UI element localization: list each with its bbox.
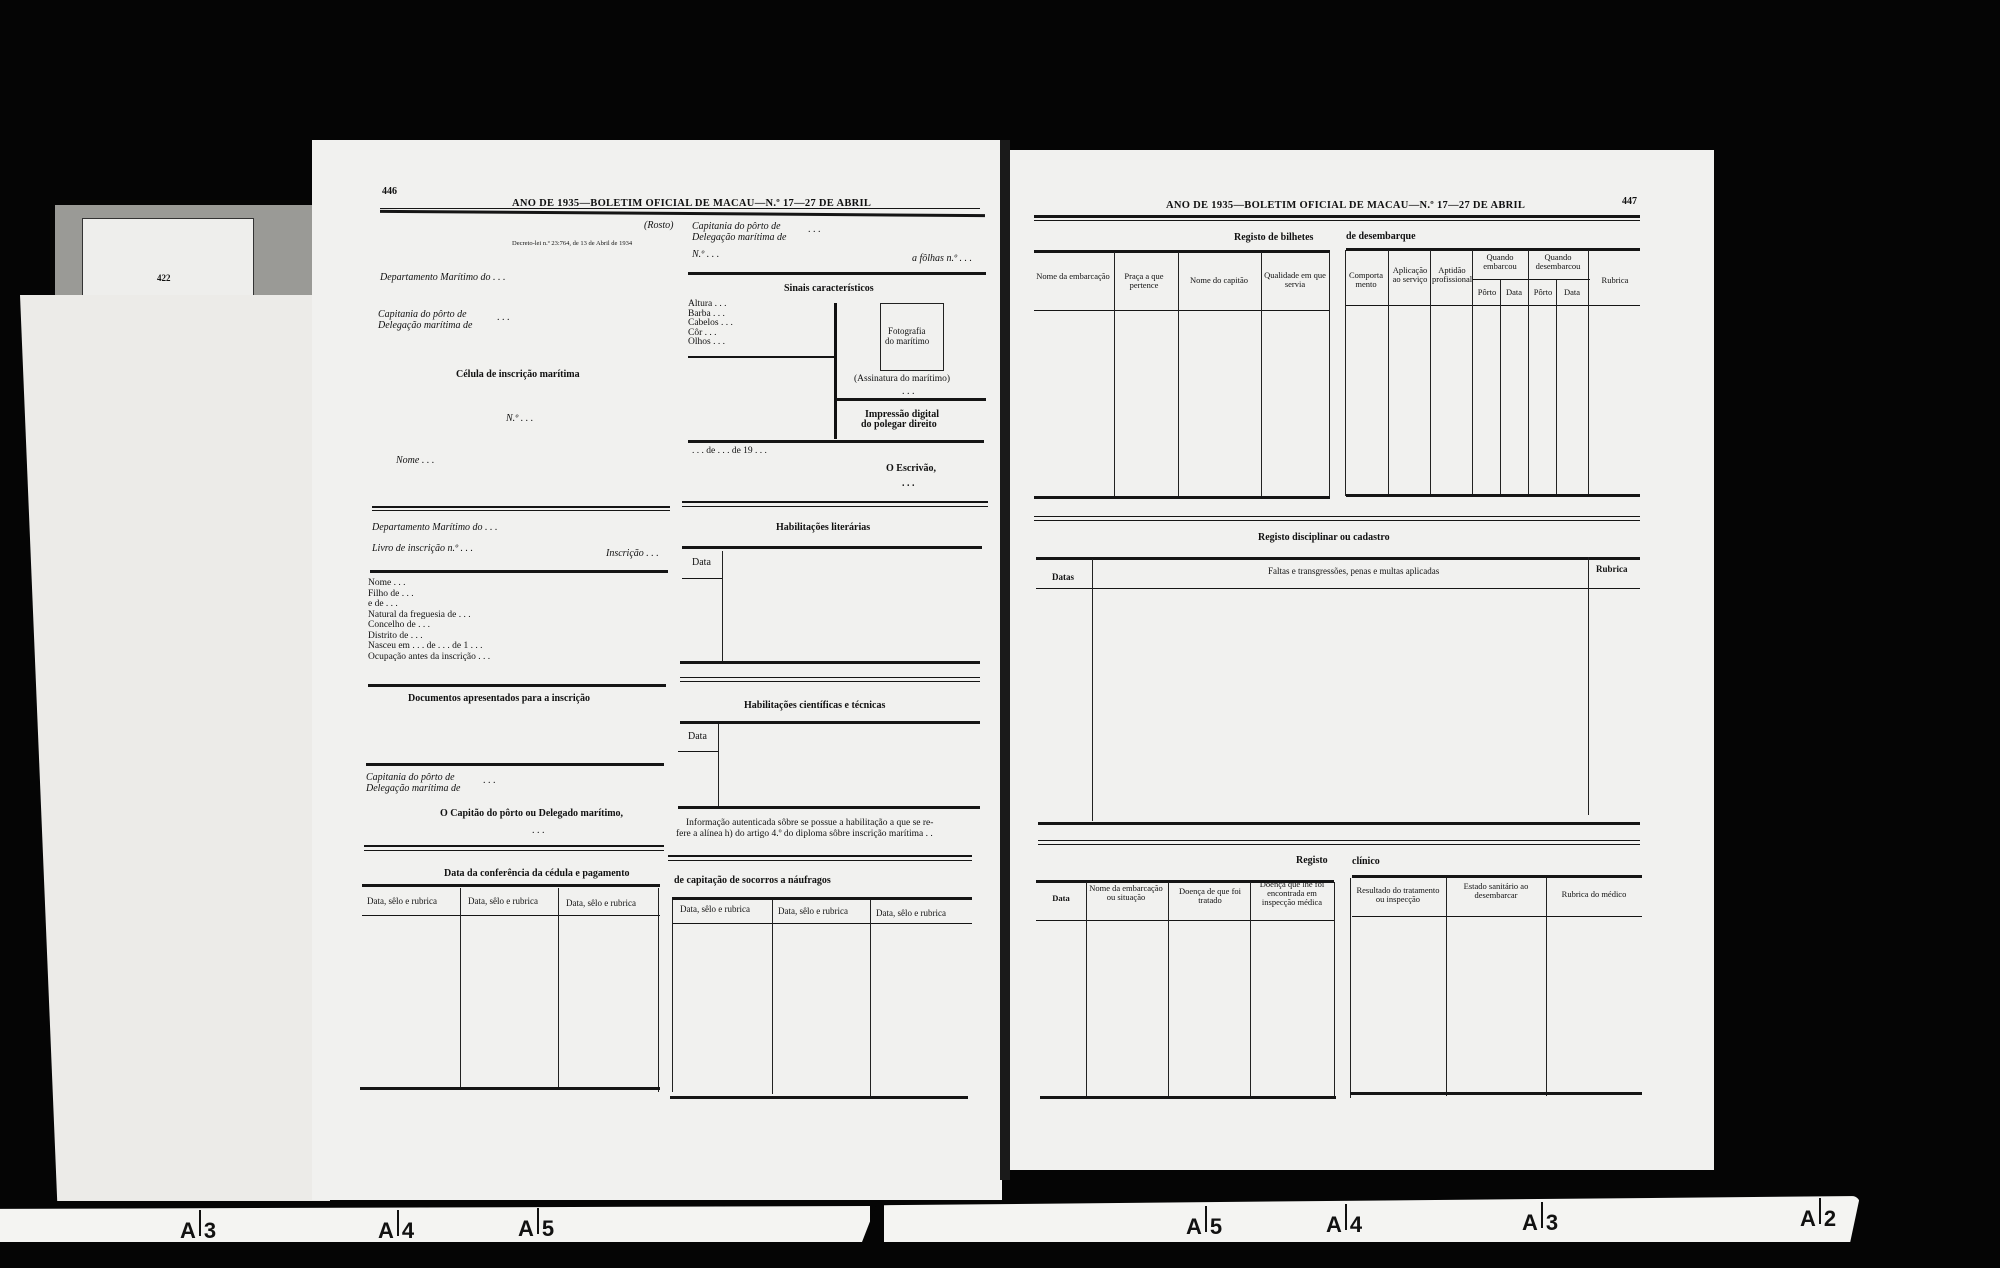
conf-col-divider bbox=[870, 900, 871, 1096]
hab-lit-data-rule bbox=[682, 578, 722, 579]
clinico-title-1: Registo bbox=[1296, 855, 1328, 866]
hab-lit-top-rule bbox=[682, 546, 982, 549]
page-gutter bbox=[1000, 140, 1010, 1180]
bilhetes-header-rule-left bbox=[1034, 310, 1330, 311]
clinico-col-header: Doença de que foi tratado bbox=[1170, 887, 1250, 905]
hab-cie-bottom-rule bbox=[678, 806, 980, 809]
bilhetes-after-rule-1 bbox=[1034, 516, 1640, 517]
film-mark-tick bbox=[537, 1208, 539, 1234]
hab-cientificas-title: Habilitações científicas e técnicas bbox=[744, 700, 885, 711]
bilhetes-col-header: Nome do capitão bbox=[1178, 276, 1260, 285]
film-mark-number: 5 bbox=[1210, 1214, 1222, 1239]
escrivao-label: O Escrivão, bbox=[886, 463, 936, 474]
reg-field: Distrito de . . . bbox=[368, 631, 490, 642]
fingerprint-label-2: do polegar direito bbox=[861, 419, 937, 430]
capitao-dots: . . . bbox=[532, 825, 545, 836]
reg-field: e de . . . bbox=[368, 599, 490, 610]
clinico-header-rule-right bbox=[1352, 916, 1642, 917]
hab-literarias-title: Habilitações literárias bbox=[776, 522, 870, 533]
conf-col-divider bbox=[460, 888, 461, 1088]
reg-field: Filho de . . . bbox=[368, 589, 490, 600]
left-page bbox=[312, 140, 1002, 1200]
clinico-title-2: clínico bbox=[1352, 856, 1380, 867]
film-mark-tick bbox=[199, 1210, 201, 1236]
reg-bottom-rule bbox=[368, 684, 666, 687]
sinais-rule bbox=[688, 356, 834, 358]
clinico-col-header: Data bbox=[1038, 894, 1084, 903]
film-mark-tick bbox=[1345, 1204, 1347, 1230]
data-header: Data bbox=[1558, 288, 1586, 297]
film-mark-tick bbox=[1819, 1198, 1821, 1224]
clinico-col-divider bbox=[1168, 882, 1169, 1098]
conf-header-rule-left bbox=[362, 915, 660, 916]
reg-capitania-line2: Delegação marítima de bbox=[366, 783, 460, 794]
disciplinar-col-rubrica: Rubrica bbox=[1596, 564, 1628, 575]
bilhetes-col-header: Qualidade em que servia bbox=[1262, 271, 1328, 289]
film-notch bbox=[862, 1206, 876, 1242]
conf-col-header: Data, sêlo e rubrica bbox=[680, 904, 750, 915]
cover-numero: N.º . . . bbox=[506, 413, 533, 424]
sinais-divider bbox=[834, 303, 837, 439]
hab-lit-bottom-rule-3 bbox=[680, 681, 980, 682]
left-header-rule-thin bbox=[380, 208, 980, 209]
film-mark: A3 bbox=[180, 1218, 216, 1244]
documentos-rule bbox=[366, 763, 664, 766]
film-mark: A4 bbox=[1326, 1212, 1362, 1238]
hab-cie-divider bbox=[718, 724, 719, 806]
conf-rule-right-2 bbox=[668, 860, 972, 861]
hab-lit-bottom-rule-2 bbox=[680, 677, 980, 678]
quando-desembarcou-header: Quando desembarcou bbox=[1528, 253, 1588, 271]
disciplinar-top-rule bbox=[1036, 557, 1640, 560]
capitao-label: O Capitão do pôrto ou Delegado marítimo, bbox=[440, 808, 623, 819]
clinico-bottom-rule-right bbox=[1350, 1092, 1642, 1095]
conf-col-divider bbox=[772, 900, 773, 1094]
film-mark-letter: A bbox=[1326, 1212, 1342, 1237]
film-mark-number: 4 bbox=[1350, 1212, 1362, 1237]
clinico-col-divider bbox=[1546, 878, 1547, 1096]
bilhetes-col-divider bbox=[1178, 252, 1179, 496]
bilhetes-col-header: Comportamento bbox=[1346, 271, 1386, 289]
reg-rule bbox=[370, 570, 668, 573]
sinais-title: Sinais característicos bbox=[784, 283, 874, 294]
top-capitania-line1: Capitania do pôrto de bbox=[692, 221, 781, 232]
bilhetes-col-divider bbox=[1500, 280, 1501, 496]
clinico-col-header: Estado sanitário ao desembarcar bbox=[1448, 882, 1544, 900]
reg-capitania-line1: Capitania do pôrto de bbox=[366, 772, 455, 783]
conf-col-header: Data, sêlo e rubrica bbox=[367, 896, 437, 907]
hab-lit-divider bbox=[722, 551, 723, 661]
conf-table-right-bottom bbox=[670, 1096, 968, 1099]
background-page bbox=[20, 295, 330, 1201]
bilhetes-after-rule-2 bbox=[1034, 520, 1640, 521]
reg-departamento: Departamento Marítimo do . . . bbox=[372, 522, 498, 533]
bilhetes-col-divider bbox=[1588, 250, 1589, 496]
clinico-col-divider bbox=[1350, 878, 1351, 1098]
cover-departamento: Departamento Marítimo do . . . bbox=[380, 272, 506, 283]
reg-field: Ocupação antes da inscrição . . . bbox=[368, 652, 490, 663]
bilhetes-col-header: Praça a que pertence bbox=[1114, 272, 1174, 290]
conf-table-right-top bbox=[672, 897, 972, 900]
film-mark: A4 bbox=[378, 1218, 414, 1244]
bilhetes-col-divider bbox=[1528, 250, 1529, 496]
reg-field: Nasceu em . . . de . . . de 1 . . . bbox=[368, 641, 490, 652]
right-running-header: ANO DE 1935—BOLETIM OFICIAL DE MACAU—N.º… bbox=[1166, 200, 1525, 211]
bilhetes-col-divider bbox=[1388, 250, 1389, 496]
bilhetes-col-divider bbox=[1329, 252, 1330, 496]
conf-table-left-bottom bbox=[360, 1087, 660, 1090]
film-mark-letter: A bbox=[378, 1218, 394, 1243]
film-mark-number: 3 bbox=[1546, 1210, 1558, 1235]
right-header-rule-thin bbox=[1034, 220, 1640, 221]
hab-cie-col-data: Data bbox=[688, 731, 707, 742]
film-strip-edge-left bbox=[0, 1206, 870, 1242]
film-mark-tick bbox=[1205, 1206, 1207, 1232]
reg-field: Concelho de . . . bbox=[368, 620, 490, 631]
data-header: Data bbox=[1502, 288, 1526, 297]
disciplinar-col-divider bbox=[1588, 557, 1589, 815]
clinico-bottom-rule-left bbox=[1040, 1096, 1336, 1099]
conf-col-header: Data, sêlo e rubrica bbox=[778, 906, 848, 917]
top-folhas: a fôlhas n.º . . . bbox=[912, 253, 972, 264]
cover-capitania-line2: Delegação marítima de bbox=[378, 320, 472, 331]
right-mid-rule-1 bbox=[682, 501, 988, 503]
bilhetes-col-divider bbox=[1556, 280, 1557, 496]
clinico-header-rule-left bbox=[1036, 920, 1334, 921]
clinico-col-header: Nome da embarcação ou situação bbox=[1086, 884, 1166, 902]
sinais-field: Olhos . . . bbox=[688, 338, 733, 348]
conf-rule-left-1 bbox=[364, 845, 664, 847]
disciplinar-bottom-rule bbox=[1038, 822, 1640, 825]
bilhetes-bottom-rule-left bbox=[1034, 496, 1330, 499]
bilhetes-title-1: Registo de bilhetes bbox=[1234, 232, 1313, 243]
bilhetes-top-rule-right bbox=[1346, 248, 1640, 251]
background-page-tab bbox=[82, 218, 254, 308]
conf-col-divider bbox=[672, 900, 673, 1092]
escrivao-dots: . . . bbox=[902, 478, 915, 489]
cover-capitania-dots: . . . bbox=[497, 312, 510, 323]
quando-sub-rule bbox=[1472, 279, 1590, 280]
decree-reference: Decreto-lei n.º 23:764, de 13 de Abril d… bbox=[512, 238, 632, 249]
film-mark: A2 bbox=[1800, 1206, 1836, 1232]
bilhetes-col-divider bbox=[1472, 250, 1473, 496]
film-mark-letter: A bbox=[180, 1218, 196, 1243]
clinico-col-divider bbox=[1086, 882, 1087, 1098]
cedula-title: Célula de inscrição marítima bbox=[456, 369, 580, 380]
porto-header: Pôrto bbox=[1530, 288, 1556, 297]
conf-col-header: Data, sêlo e rubrica bbox=[468, 896, 538, 907]
bilhetes-col-divider bbox=[1261, 252, 1262, 496]
film-mark: A5 bbox=[518, 1216, 554, 1242]
bilhetes-col-header: Nome da embarcação bbox=[1036, 272, 1110, 281]
top-right-rule bbox=[688, 272, 986, 275]
hab-lit-col-data: Data bbox=[692, 557, 711, 568]
signature-label: (Assinatura do marítimo) bbox=[854, 374, 950, 385]
disciplinar-title: Registo disciplinar ou cadastro bbox=[1258, 532, 1390, 543]
bilhetes-title-2: de desembarque bbox=[1346, 231, 1416, 242]
hab-lit-bottom-rule bbox=[680, 661, 980, 664]
informacao-text-1: Informação autenticada sôbre se possue a… bbox=[686, 818, 933, 829]
clinico-top-rule-right bbox=[1352, 875, 1642, 878]
quando-embarcou-header: Quando embarcou bbox=[1474, 253, 1526, 271]
bilhetes-col-divider bbox=[1345, 250, 1346, 496]
disciplinar-after-rule-2 bbox=[1038, 844, 1640, 845]
film-mark-tick bbox=[1541, 1202, 1543, 1228]
film-mark-number: 4 bbox=[402, 1218, 414, 1243]
conf-col-header: Data, sêlo e rubrica bbox=[566, 898, 636, 909]
bilhetes-header-rule-right bbox=[1346, 305, 1640, 306]
clinico-col-divider bbox=[1334, 882, 1335, 1098]
top-numero: N.º . . . bbox=[692, 249, 719, 260]
disciplinar-col-divider bbox=[1092, 559, 1093, 821]
reg-fields: Nome . . . Filho de . . . e de . . . Nat… bbox=[368, 578, 490, 662]
bilhetes-col-header: Aptidão profissional bbox=[1432, 266, 1472, 284]
film-mark: A3 bbox=[1522, 1210, 1558, 1236]
left-mid-rule-1 bbox=[372, 506, 670, 508]
right-mid-rule-2 bbox=[682, 506, 988, 507]
film-mark-number: 2 bbox=[1824, 1206, 1836, 1231]
conf-table-left-top bbox=[362, 884, 660, 887]
reg-inscricao: Inscrição . . . bbox=[606, 548, 659, 559]
film-strip-edge-right bbox=[884, 1196, 1860, 1242]
signature-rule bbox=[836, 398, 986, 401]
film-mark-letter: A bbox=[1186, 1214, 1202, 1239]
right-header-rule bbox=[1034, 215, 1640, 218]
background-page-number: 422 bbox=[157, 273, 171, 284]
bilhetes-col-divider bbox=[1114, 252, 1115, 496]
film-mark-number: 5 bbox=[542, 1216, 554, 1241]
disciplinar-header-rule bbox=[1036, 588, 1640, 589]
disciplinar-col-datas: Datas bbox=[1052, 572, 1074, 583]
reg-capitania-dots: . . . bbox=[483, 775, 496, 786]
hab-cie-data-rule bbox=[678, 751, 718, 752]
photo-label-2: do marítimo bbox=[885, 336, 929, 347]
clinico-col-header: Rubrica do médico bbox=[1548, 890, 1640, 899]
conf-header-rule-right bbox=[672, 923, 972, 924]
bilhetes-col-header: Aplicação ao serviço bbox=[1390, 266, 1430, 284]
conferencia-title-right: de capitação de socorros a náufragos bbox=[674, 875, 831, 886]
hab-cie-top-rule bbox=[680, 721, 980, 724]
rubrica-header: Rubrica bbox=[1590, 276, 1640, 285]
informacao-text-2: fere a alínea h) do artigo 4.º do diplom… bbox=[676, 829, 933, 840]
reg-field: Natural da freguesia de . . . bbox=[368, 610, 490, 621]
clinico-col-header: Doença que lhe foi encontrada em inspecç… bbox=[1252, 880, 1332, 907]
conferencia-title-left: Data da conferência da cédula e pagament… bbox=[444, 868, 630, 879]
film-mark-tick bbox=[397, 1210, 399, 1236]
film-mark-letter: A bbox=[1522, 1210, 1538, 1235]
top-capitania-line2: Delegação marítima de bbox=[692, 232, 786, 243]
sinais-fields: Altura . . . Barba . . . Cabelos . . . C… bbox=[688, 300, 733, 348]
left-mid-rule-2 bbox=[372, 510, 670, 511]
clinico-col-divider bbox=[1446, 878, 1447, 1096]
cover-capitania-line1: Capitania do pôrto de bbox=[378, 309, 467, 320]
documentos-title: Documentos apresentados para a inscrição bbox=[408, 693, 590, 704]
disciplinar-col-faltas: Faltas e transgressões, penas e multas a… bbox=[1268, 566, 1439, 577]
bilhetes-col-divider bbox=[1430, 250, 1431, 496]
conf-col-divider bbox=[558, 888, 559, 1090]
reg-livro: Livro de inscrição n.º . . . bbox=[372, 543, 473, 554]
clinico-col-header: Resultado do tratamento ou inspecção bbox=[1352, 886, 1444, 904]
cover-nome: Nome . . . bbox=[396, 455, 434, 466]
film-mark-letter: A bbox=[1800, 1206, 1816, 1231]
bilhetes-bottom-rule-right bbox=[1346, 494, 1640, 497]
top-capitania-dots: . . . bbox=[808, 224, 821, 235]
film-mark: A5 bbox=[1186, 1214, 1222, 1240]
conf-col-divider bbox=[658, 888, 659, 1092]
film-mark-number: 3 bbox=[204, 1218, 216, 1243]
film-mark-letter: A bbox=[518, 1216, 534, 1241]
date-line: . . . de . . . de 19 . . . bbox=[692, 446, 767, 457]
left-page-number: 446 bbox=[382, 186, 397, 197]
signature-dots: . . . bbox=[902, 386, 915, 397]
clinico-col-divider bbox=[1250, 882, 1251, 1098]
right-page-number: 447 bbox=[1622, 196, 1637, 207]
porto-header: Pôrto bbox=[1474, 288, 1500, 297]
sinais-bottom-rule bbox=[688, 440, 984, 443]
bilhetes-top-rule-left bbox=[1034, 250, 1330, 253]
disciplinar-after-rule-1 bbox=[1038, 840, 1640, 841]
rosto-label: (Rosto) bbox=[644, 220, 673, 231]
reg-field: Nome . . . bbox=[368, 578, 490, 589]
conf-col-header: Data, sêlo e rubrica bbox=[876, 908, 946, 919]
conf-rule-left-2 bbox=[364, 850, 664, 851]
conf-rule-right-1 bbox=[668, 855, 972, 857]
